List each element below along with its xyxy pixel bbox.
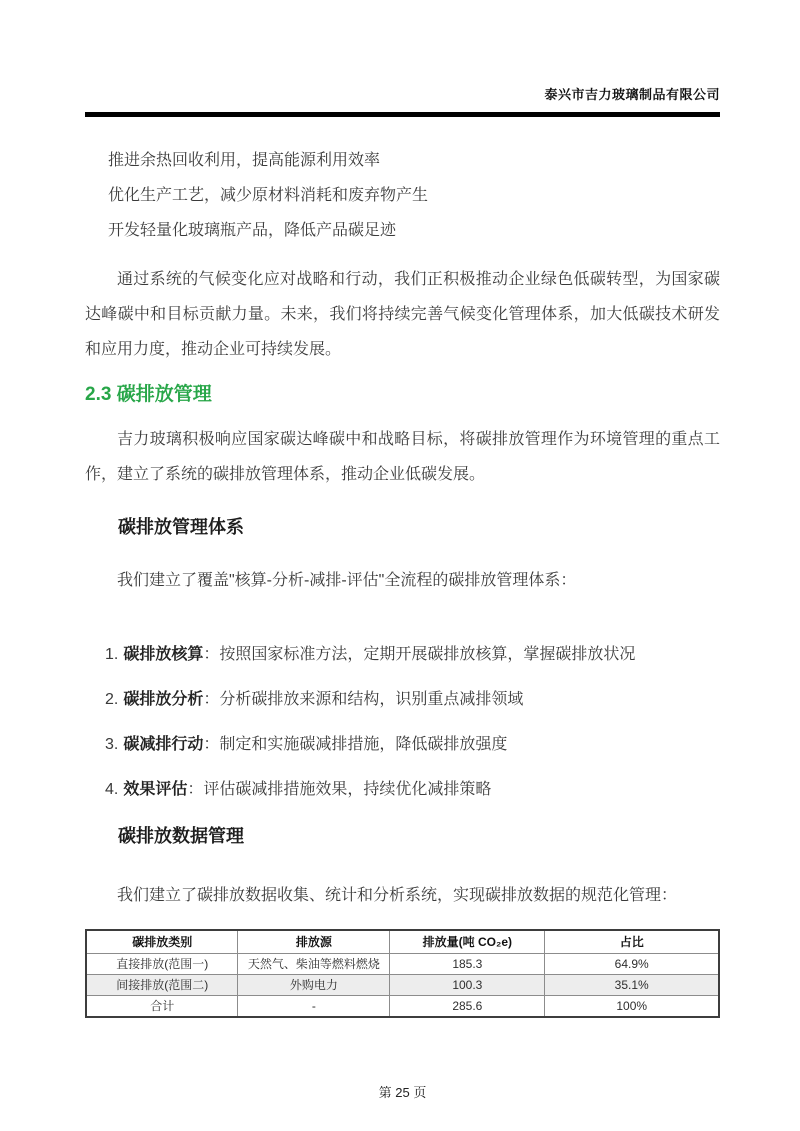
- page-number-label: 第 25 页: [379, 1085, 427, 1100]
- emission-table: 碳排放类别 排放源 排放量(吨 CO₂e) 占比 直接排放(范围一) 天然气、柴…: [85, 929, 720, 1018]
- table-cell: 285.6: [390, 996, 545, 1018]
- list-item-desc: 制定和实施碳减排措施，降低碳排放强度: [219, 736, 507, 753]
- paragraph-climate-strategy: 通过系统的气候变化应对战略和行动，我们正积极推动企业绿色低碳转型，为国家碳达峰碳…: [85, 262, 720, 367]
- list-item-colon: ：: [203, 646, 219, 663]
- paragraph-carbon-response: 吉力玻璃积极响应国家碳达峰碳中和战略目标，将碳排放管理作为环境管理的重点工作，建…: [85, 422, 720, 492]
- carbon-management-steps: 1.碳排放核算：按照国家标准方法，定期开展碳排放核算，掌握碳排放状况 2.碳排放…: [105, 645, 720, 800]
- document-page: 泰兴市吉力玻璃制品有限公司 推进余热回收利用，提高能源利用效率 优化生产工艺，减…: [0, 0, 800, 1131]
- list-item-colon: ：: [187, 781, 203, 798]
- page-footer: 第 25 页: [85, 1082, 720, 1101]
- table-cell: 直接排放(范围一): [86, 954, 238, 975]
- table-header-share: 占比: [545, 930, 719, 954]
- list-item-term: 碳排放分析: [123, 691, 203, 708]
- table-row: 合计 - 285.6 100%: [86, 996, 719, 1018]
- paragraph-system-intro: 我们建立了覆盖"核算-分析-减排-评估"全流程的碳排放管理体系：: [85, 563, 720, 598]
- table-cell: 间接排放(范围二): [86, 975, 238, 996]
- measure-line: 开发轻量化玻璃瓶产品，降低产品碳足迹: [108, 213, 720, 248]
- list-item-colon: ：: [203, 736, 219, 753]
- table-cell: 100%: [545, 996, 719, 1018]
- list-item-desc: 评估碳减排措施效果，持续优化减排策略: [203, 781, 491, 798]
- subheading-management-system: 碳排放管理体系: [118, 516, 720, 538]
- list-item-number: 2.: [105, 691, 118, 708]
- list-item: 1.碳排放核算：按照国家标准方法，定期开展碳排放核算，掌握碳排放状况: [105, 645, 720, 665]
- header-company-name: 泰兴市吉力玻璃制品有限公司: [85, 86, 720, 104]
- table-header-source: 排放源: [238, 930, 390, 954]
- list-item-desc: 分析碳排放来源和结构，识别重点减排领域: [219, 691, 523, 708]
- table-cell: 天然气、柴油等燃料燃烧: [238, 954, 390, 975]
- list-item-number: 1.: [105, 646, 118, 663]
- section-heading-2-3: 2.3 碳排放管理: [85, 383, 720, 407]
- table-cell: 合计: [86, 996, 238, 1018]
- table-cell: -: [238, 996, 390, 1018]
- page-header: 泰兴市吉力玻璃制品有限公司: [85, 86, 720, 117]
- table-cell: 外购电力: [238, 975, 390, 996]
- table-header-row: 碳排放类别 排放源 排放量(吨 CO₂e) 占比: [86, 930, 719, 954]
- table-cell: 100.3: [390, 975, 545, 996]
- table-cell: 185.3: [390, 954, 545, 975]
- table-row: 直接排放(范围一) 天然气、柴油等燃料燃烧 185.3 64.9%: [86, 954, 719, 975]
- list-item-desc: 按照国家标准方法，定期开展碳排放核算，掌握碳排放状况: [219, 646, 635, 663]
- list-item: 3.碳减排行动：制定和实施碳减排措施，降低碳排放强度: [105, 735, 720, 755]
- measure-line: 优化生产工艺，减少原材料消耗和废弃物产生: [108, 178, 720, 213]
- measures-lines: 推进余热回收利用，提高能源利用效率 优化生产工艺，减少原材料消耗和废弃物产生 开…: [108, 143, 720, 248]
- table-cell: 64.9%: [545, 954, 719, 975]
- list-item-colon: ：: [203, 691, 219, 708]
- table-cell: 35.1%: [545, 975, 719, 996]
- table-header-category: 碳排放类别: [86, 930, 238, 954]
- list-item: 4.效果评估：评估碳减排措施效果，持续优化减排策略: [105, 780, 720, 800]
- list-item-term: 效果评估: [123, 781, 187, 798]
- measure-line: 推进余热回收利用，提高能源利用效率: [108, 143, 720, 178]
- list-item-number: 3.: [105, 736, 118, 753]
- paragraph-data-intro: 我们建立了碳排放数据收集、统计和分析系统，实现碳排放数据的规范化管理：: [85, 878, 720, 913]
- list-item-term: 碳减排行动: [123, 736, 203, 753]
- table-header-amount: 排放量(吨 CO₂e): [390, 930, 545, 954]
- document-body: 推进余热回收利用，提高能源利用效率 优化生产工艺，减少原材料消耗和废弃物产生 开…: [85, 143, 720, 1018]
- table-row: 间接排放(范围二) 外购电力 100.3 35.1%: [86, 975, 719, 996]
- header-double-rule: [85, 112, 720, 117]
- list-item-term: 碳排放核算: [123, 646, 203, 663]
- list-item-number: 4.: [105, 781, 118, 798]
- list-item: 2.碳排放分析：分析碳排放来源和结构，识别重点减排领域: [105, 690, 720, 710]
- subheading-data-management: 碳排放数据管理: [118, 825, 720, 847]
